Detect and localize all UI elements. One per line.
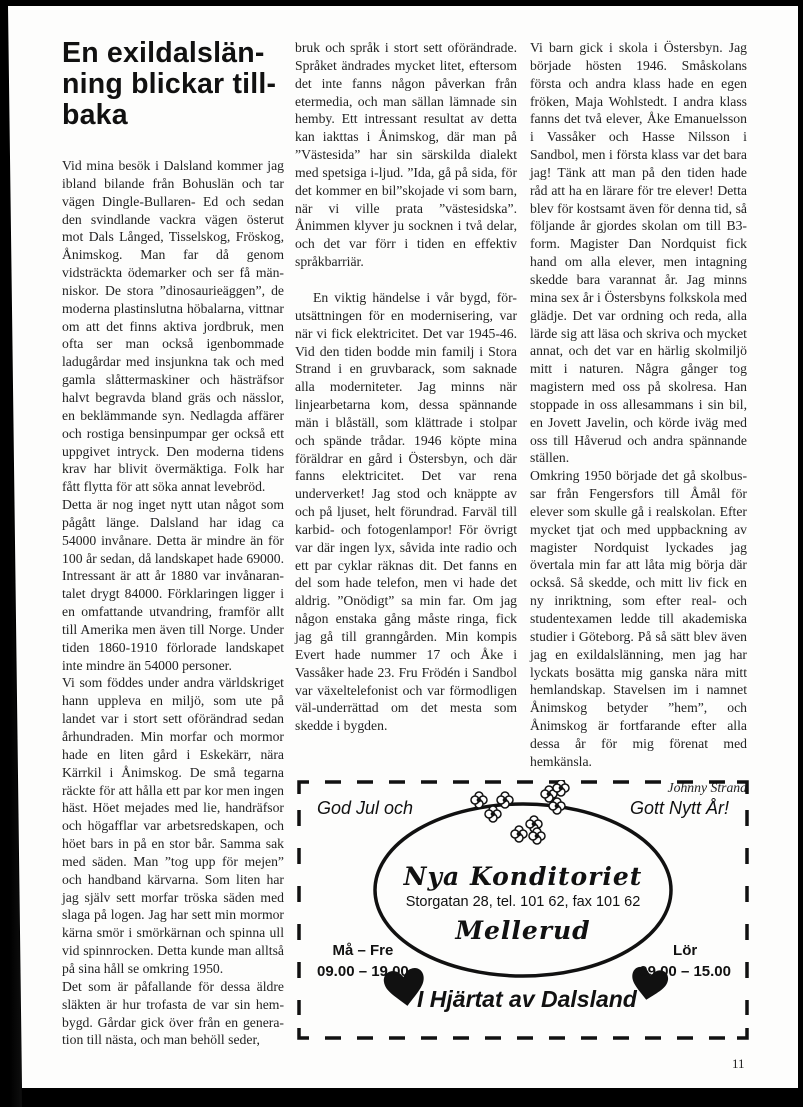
opening-hours-saturday: Lör 09.00 – 15.00 [639,940,731,982]
article-title: En exildalslän- ning blickar till- baka [62,38,284,131]
paragraph: bruk och språk i stort sett oförändrade.… [295,39,517,271]
article-column-2: bruk och språk i stort sett oförändrade.… [295,39,517,735]
hours-label: Må – Fre [317,940,409,961]
shop-name: Nya Konditoriet [297,862,749,891]
article-column-3: Vi barn gick i skola i Östersbyn. Jag bö… [530,39,747,796]
hours-value: 09.00 – 15.00 [639,961,731,982]
paragraph: Detta är nog inget nytt utan något som p… [62,496,284,674]
greeting-right: Gott Nytt År! [630,798,729,819]
article-column-1: Vid mina besök i Dalsland kommer jag ibl… [62,157,284,1049]
title-line: En exildalslän- [62,37,265,69]
title-line: baka [62,99,128,131]
paragraph: Det som är påfallande för dessa äldre sl… [62,978,284,1049]
hours-label: Lör [639,940,731,961]
paragraph: En viktig händelse i vår bygd, för-utsät… [295,289,517,735]
flower-cluster-icon [471,780,569,844]
page-number: 11 [732,1056,745,1072]
title-line: ning blickar till- [62,68,276,100]
greeting-left: God Jul och [317,798,413,819]
paragraph: Vi som föddes under andra världskriget h… [62,674,284,977]
paragraph: Vid mina besök i Dalsland kommer jag ibl… [62,157,284,496]
hours-value: 09.00 – 19.00 [317,961,409,982]
opening-hours-weekday: Må – Fre 09.00 – 19.00 [317,940,409,982]
shop-address: Storgatan 28, tel. 101 62, fax 101 62 [297,894,749,910]
advertisement-box: God Jul och Gott Nytt År! Nya Konditorie… [297,780,749,1042]
ad-slogan: I Hjärtat av Dalsland [417,986,637,1013]
paragraph: Vi barn gick i skola i Östersbyn. Jag bö… [530,39,747,467]
paragraph: Omkring 1950 började det gå skolbus-sar … [530,467,747,770]
